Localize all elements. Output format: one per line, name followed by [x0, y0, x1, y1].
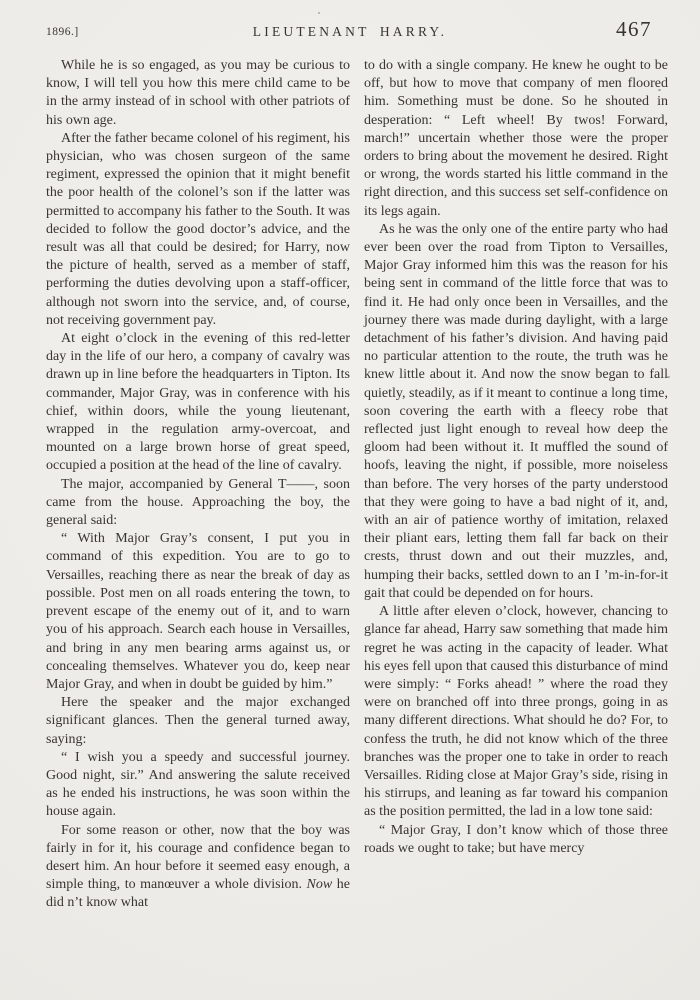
left-column: While he is so engaged, as you may be cu… — [46, 57, 350, 913]
paragraph: While he is so engaged, as you may be cu… — [46, 57, 350, 130]
paragraph: “ With Major Gray’s consent, I put you i… — [46, 530, 350, 694]
scan-speck — [667, 376, 670, 378]
paragraph: “ Major Gray, I don’t know which of thos… — [364, 822, 668, 858]
paragraph: A little after eleven o’clock, however, … — [364, 603, 668, 821]
paragraph: Here the speaker and the major exchanged… — [46, 694, 350, 749]
text-columns: While he is so engaged, as you may be cu… — [46, 57, 668, 913]
paragraph: to do with a single company. He knew he … — [364, 57, 668, 221]
paragraph: For some reason or other, now that the b… — [46, 822, 350, 913]
scan-speck — [655, 343, 657, 345]
scan-speck — [658, 89, 661, 91]
scan-speck — [659, 419, 661, 421]
paragraph: After the father became colonel of his r… — [46, 130, 350, 330]
page-title: LIEUTENANT HARRY. — [0, 24, 700, 40]
scan-speck — [663, 228, 666, 231]
right-column: to do with a single company. He knew he … — [364, 57, 668, 913]
paragraph: The major, accompanied by General T——, s… — [46, 476, 350, 531]
book-page: 1896.] LIEUTENANT HARRY. 467 While he is… — [0, 0, 700, 1000]
paragraph: “ I wish you a speedy and successful jou… — [46, 749, 350, 822]
page-number: 467 — [616, 17, 652, 42]
paragraph: At eight o’clock in the evening of this … — [46, 330, 350, 476]
scan-speck — [318, 12, 320, 14]
paragraph: As he was the only one of the entire par… — [364, 221, 668, 603]
